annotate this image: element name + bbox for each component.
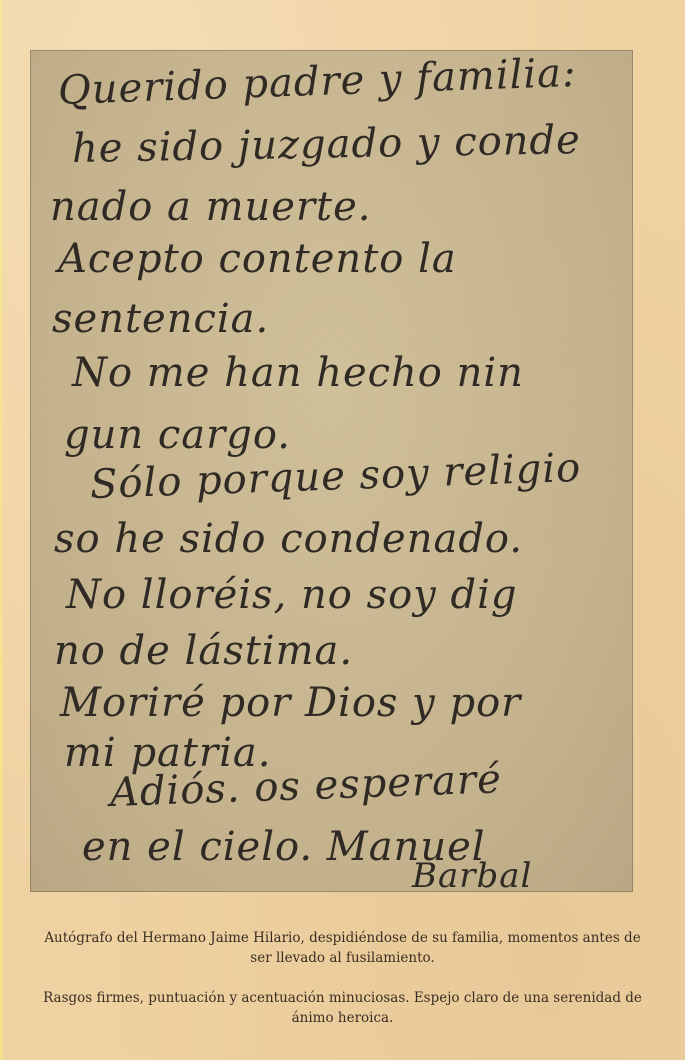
letter-signature: Barbal xyxy=(412,856,532,892)
handwritten-letter-photo: Querido padre y familia: he sido juzgado… xyxy=(30,50,633,892)
caption-primary: Autógrafo del Hermano Jaime Hilario, des… xyxy=(40,928,645,968)
caption-secondary: Rasgos firmes, puntuación y acentuación … xyxy=(40,988,645,1028)
letter-line: nado a muerte. xyxy=(50,184,372,230)
letter-line: sentencia. xyxy=(52,296,269,342)
letter-line: Moriré por Dios y por xyxy=(60,680,521,726)
letter-line: so he sido condenado. xyxy=(54,516,523,562)
letter-line: Acepto contento la xyxy=(58,236,457,282)
letter-line: no de lástima. xyxy=(54,628,353,674)
letter-line: No me han hecho nin xyxy=(72,350,524,396)
letter-line: gun cargo. xyxy=(64,412,291,458)
letter-line: No lloréis, no soy dig xyxy=(66,572,518,618)
letter-line: he sido juzgado y conde xyxy=(72,117,582,172)
letter-line: Querido padre y familia: xyxy=(57,50,577,114)
